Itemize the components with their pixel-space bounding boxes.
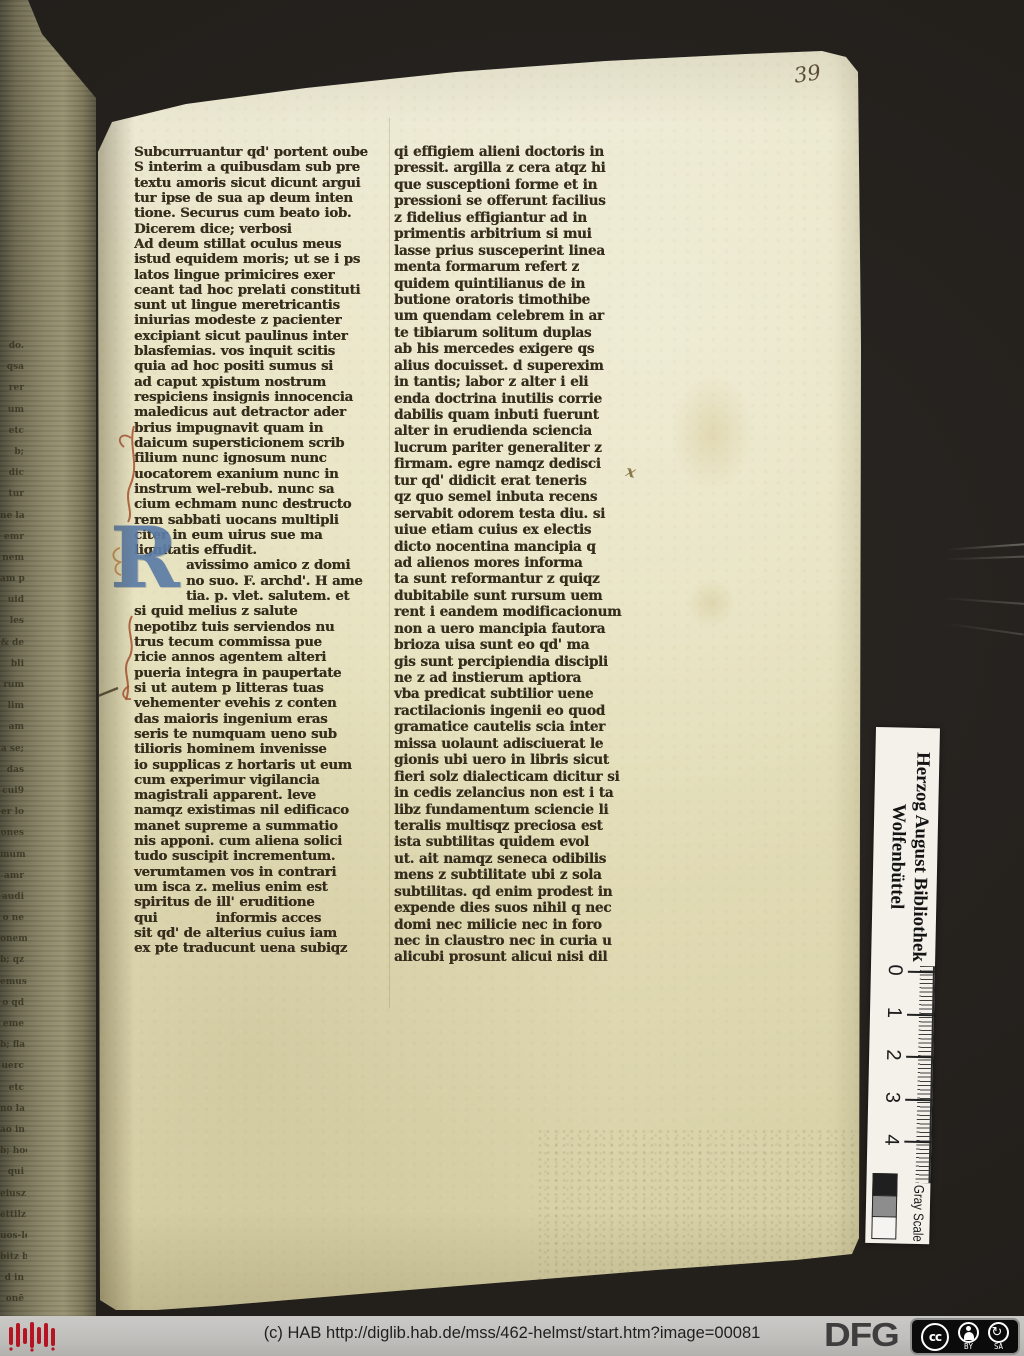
facing-page-text-fragment: dic [0, 463, 27, 484]
manuscript-line: alius docuisset. d superexim [394, 358, 654, 374]
glass-clamp-reflection [946, 543, 1024, 550]
ruler-unit-number: 2 [881, 1049, 904, 1061]
manuscript-line: ista subtilitas quidem evol [394, 834, 654, 850]
ruler-unit-number: 3 [880, 1092, 903, 1104]
facing-page-edge: do. qsa rer um etc b; dic tur ne la emr … [0, 336, 27, 1312]
facing-page-text-fragment: ones [0, 823, 27, 844]
ruler-content: Herzog August Bibliothek Wolfenbüttel 0 … [865, 727, 940, 1244]
parchment-stain [676, 568, 746, 638]
facing-page-text-fragment: qui [0, 1162, 27, 1183]
manuscript-line: sunt ut lingue meretricantis [134, 298, 396, 313]
facing-page-text-fragment: b; [0, 442, 27, 463]
manuscript-line: um isca z. melius enim est [134, 880, 396, 895]
person-body [964, 1332, 974, 1340]
manuscript-line: istud equidem moris; ut se i ps [134, 252, 396, 267]
manuscript-line: in cedis zelancius non est i ta [394, 785, 654, 801]
manuscript-line: vba predicat subtilior uene [394, 686, 654, 702]
facing-page-text-fragment: onem [0, 929, 27, 950]
parchment-follicle-marks [536, 1128, 866, 1298]
manuscript-line: tilioris hominem invenisse [134, 742, 396, 757]
manuscript-line: butione oratoris timothibe [394, 292, 654, 308]
ruler-unit-number: 1 [882, 1007, 905, 1019]
cc-sa-item: ↻ SA [988, 1322, 1009, 1351]
manuscript-line: dubitabile sunt rursum uem [394, 588, 654, 604]
manuscript-line: dabilis quam inbuti fuerunt [394, 407, 654, 423]
facing-page-text-fragment: bli [0, 654, 27, 675]
facing-page-text-fragment: ne la [0, 506, 27, 527]
manuscript-line: io supplicas z hortaris ut eum [134, 758, 396, 773]
manuscript-line: ricie annos agentem alteri [134, 650, 396, 665]
ruler-scale: 0 1 2 3 [868, 970, 934, 1186]
manuscript-line: das maioris ingenium eras [134, 712, 396, 727]
facing-page-text-fragment: emr [0, 527, 27, 548]
manuscript-line: rent i eandem modificacionum [394, 604, 654, 620]
manuscript-line: uocatorem exanium nunc in [134, 467, 396, 482]
manuscript-line: dicto nocentina mancipia q [394, 539, 654, 555]
ruler-unit: 3 [901, 1098, 932, 1141]
facing-page-text-fragment: b; qz [0, 950, 27, 971]
folio-number: 39 [792, 60, 822, 87]
facing-page-text-fragment: do. [0, 336, 27, 357]
facing-page-text-fragment: mum [0, 845, 27, 866]
hab-logo [8, 1319, 62, 1352]
manuscript-line: domi nec milicie nec in foro [394, 917, 654, 933]
manuscript-line: verumtamen vos in contrari [134, 865, 396, 880]
facing-page-text-fragment: les [0, 611, 27, 632]
manuscript-line: excipiant sicut paulinus inter [134, 329, 396, 344]
manuscript-line: teralis multisqz preciosa est [394, 818, 654, 834]
manuscript-line: vehementer evehis z conten [134, 696, 396, 711]
gray-scale-swatch [872, 1195, 897, 1219]
facing-page-text-fragment: rer [0, 378, 27, 399]
manuscript-line: enda doctrina inutilis corrie [394, 391, 654, 407]
manuscript-line: filium nunc ignosum nunc [134, 451, 396, 466]
facing-page-text-fragment: o qd [0, 993, 27, 1014]
facing-page-text-fragment: o ne [0, 908, 27, 929]
manuscript-line: namqz existimas nil edificaco [134, 803, 396, 818]
facing-page-text-fragment: rum [0, 675, 27, 696]
facing-page-text-fragment: emus [0, 972, 27, 993]
facing-page-text-fragment: uos-lo [0, 1226, 27, 1247]
manuscript-line: sit qd' de alterius cuius iam [134, 926, 396, 941]
facing-page-text-fragment: & de [0, 633, 27, 654]
ruler-unit: 2 [902, 1056, 933, 1099]
facing-page-text-fragment: bitz biā [0, 1247, 27, 1268]
facing-page-text-fragment: onē [0, 1289, 27, 1310]
facing-page-text-fragment: tur [0, 484, 27, 505]
ruler-unit-number: 4 [879, 1134, 902, 1146]
facing-page-text-fragment: lim [0, 696, 27, 717]
cc-sa-label: SA [994, 1343, 1003, 1351]
manuscript-line: menta formarum refert z [394, 259, 654, 275]
manuscript-line: missa uolaunt adisciuerat le [394, 736, 654, 752]
manuscript-line: ut. ait namqz seneca odibilis [394, 851, 654, 867]
manuscript-line: manet supreme a summatio [134, 819, 396, 834]
manuscript-line: lucrum pariter generaliter z [394, 440, 654, 456]
manuscript-line: nis apponi. cum aliena solici [134, 834, 396, 849]
gray-scale-label: Gray Scale [910, 1185, 927, 1242]
manuscript-line: ta sunt reformantur z quiqz [394, 571, 654, 587]
manuscript-line: ad caput xpistum nostrum [134, 375, 396, 390]
manuscript-line: gionis ubi uero in libris sicut [394, 752, 654, 768]
color-target-ruler: Herzog August Bibliothek Wolfenbüttel 0 … [865, 727, 940, 1244]
manuscript-line: seris te numquam ueno sub [134, 727, 396, 742]
photo-stage: do. qsa rer um etc b; dic tur ne la emr … [0, 0, 1024, 1356]
cc-license-badge: cc BY ↻ SA [910, 1318, 1020, 1355]
manuscript-line: textu amoris sicut dicunt argui [134, 176, 396, 191]
manuscript-line: latos lingue primicires exer [134, 268, 396, 283]
manuscript-line: quidem quintilianus de in [394, 276, 654, 292]
cc-by-person-icon [958, 1322, 979, 1343]
facing-page-text-fragment: eiusz [0, 1184, 27, 1205]
institution-name: Herzog August Bibliothek [907, 738, 935, 976]
ruler-major-tick [906, 1056, 933, 1059]
dfg-logo: DFG [824, 1316, 899, 1354]
manuscript-line: te tibiarum solitum duplas [394, 325, 654, 341]
ruler-major-tick [905, 1098, 932, 1101]
manuscript-line: qi effigiem alieni doctoris in [394, 144, 654, 160]
manuscript-line: Dicerem dice; verbosi [134, 222, 396, 237]
manuscript-line: firmam. egre namqz dedisci [394, 456, 654, 472]
ruler-unit: 4 [900, 1141, 931, 1184]
manuscript-line: um quendam celebrem in ar [394, 308, 654, 324]
manuscript-line: ad alienos mores informa [394, 555, 654, 571]
manuscript-line: maledicus aut detractor ader [134, 405, 396, 420]
glass-clamp-reflection [942, 597, 1024, 605]
manuscript-line: qz quo semel inbuta recens [394, 489, 654, 505]
manuscript-line: gramatice cautelis scia inter [394, 719, 654, 735]
manuscript-line: in tantis; labor z alter i eli [394, 374, 654, 390]
manuscript-line: tur qd' didicit erat teneris [394, 473, 654, 489]
facing-page-text-fragment: nem [0, 548, 27, 569]
ruler-unit-number: 0 [883, 964, 906, 976]
manuscript-line: mens z subtilitate ubi z sola [394, 867, 654, 883]
manuscript-line: magistrali apparent. leve [134, 788, 396, 803]
facing-page-text-fragment: am p [0, 569, 27, 590]
ruler-unit: 0 [904, 971, 935, 1014]
manuscript-line: Subcurruantur qd' portent oube [134, 145, 396, 160]
facing-page-text-fragment: er lo [0, 802, 27, 823]
manuscript-line: libz fundamentum sciencie li [394, 802, 654, 818]
circular-arrow-icon: ↻ [992, 1325, 1003, 1340]
parchment-stain [652, 348, 772, 518]
footer-bar: (c) HAB http://diglib.hab.de/mss/462-hel… [0, 1316, 1024, 1356]
facing-page-text-fragment: amr [0, 866, 27, 887]
facing-page-text-fragment: am [0, 717, 27, 738]
facing-page-text-fragment: qsa [0, 357, 27, 378]
facing-page-text-fragment: ao in [0, 1120, 27, 1141]
manuscript-line: cum experimur vigilancia [134, 773, 396, 788]
institution-block: Herzog August Bibliothek Wolfenbüttel [884, 737, 935, 976]
manuscript-line: S interim a quibusdam sub pre [134, 160, 396, 175]
glass-clamp-reflection [944, 622, 1023, 635]
cc-by-label: BY [964, 1343, 973, 1351]
facing-page-text-fragment: uerc [0, 1056, 27, 1077]
manuscript-line: alicubi prosunt alicui nisi dil [394, 949, 654, 965]
manuscript-line: non a uero mancipia fautora [394, 621, 654, 637]
gray-scale-swatches [871, 1173, 897, 1238]
facing-page-text-fragment: eme [0, 1014, 27, 1035]
manuscript-line: primentis arbitrium si mui [394, 226, 654, 242]
facing-page-text-fragment: etc [0, 421, 27, 442]
cc-icon-label: cc [929, 1330, 941, 1344]
manuscript-line: ne z ad instierum aptiora [394, 670, 654, 686]
manuscript-line: z fidelius effigiantur ad in [394, 210, 654, 226]
cc-sa-arrow-icon: ↻ [988, 1322, 1009, 1343]
facing-page-text-fragment: um [0, 400, 27, 421]
ruler-major-tick [908, 971, 935, 974]
manuscript-line: alter in erudienda sciencia [394, 423, 654, 439]
ruler-major-tick [907, 1013, 934, 1016]
manuscript-line: pressioni se offerunt facilius [394, 193, 654, 209]
manuscript-line: ceant tad hoc prelati constituti [134, 283, 396, 298]
text-column-2: qi effigiem alieni doctoris in pressit. … [394, 144, 654, 966]
facing-page-text-fragment: cui9 [0, 781, 27, 802]
person-head [966, 1326, 971, 1331]
manuscript-line: ex pte traducunt uena subiqz [134, 941, 396, 956]
manuscript-line: respiciens insignis innocencia [134, 390, 396, 405]
manuscript-line: ractilacionis ingenii eo quod [394, 703, 654, 719]
facing-page-text-fragment: audi [0, 887, 27, 908]
manuscript-line: trus tecum commissa pue [134, 635, 396, 650]
manuscript-line: quia ad hoc positi sumus si [134, 359, 396, 374]
manuscript-line: tur ipse de sua ap deum inten [134, 191, 396, 206]
manuscript-page: 39 Subcurruantur qd' portent oube S inte… [96, 48, 862, 1312]
manuscript-line: que susceptioni forme et in [394, 177, 654, 193]
cc-icon: cc [921, 1323, 949, 1351]
illuminated-initial: R [110, 516, 180, 600]
facing-page-text-fragment: ettilz [0, 1205, 27, 1226]
facing-page-text-fragment: etc [0, 1078, 27, 1099]
manuscript-line: tione. Securus cum beato iob. [134, 206, 396, 221]
manuscript-line: brioza uisa sunt eo qd' ma [394, 637, 654, 653]
facing-page-text-fragment: d in [0, 1268, 27, 1289]
ruler-unit: 1 [903, 1013, 934, 1056]
manuscript-line: pressit. argilla z cera atqz hi [394, 160, 654, 176]
manuscript-line: brius impugnavit quam in [134, 421, 396, 436]
manuscript-line: ab his mercedes exigere qs [394, 341, 654, 357]
manuscript-line: tudo suscipit incrementum. [134, 849, 396, 864]
cc-by-item: BY [958, 1322, 979, 1351]
manuscript-line: uiue etiam cuius ex electis [394, 522, 654, 538]
manuscript-line: expende dies suos nihil q nec [394, 900, 654, 916]
manuscript-line: instrum wel-rebub. nunc sa [134, 482, 396, 497]
manuscript-line: nec in claustro nec in curia u [394, 933, 654, 949]
manuscript-line: daicum supersticionem scrib [134, 436, 396, 451]
manuscript-line: subtilitas. qd enim prodest in [394, 884, 654, 900]
facing-page-text-fragment: uid [0, 590, 27, 611]
manuscript-line: spiritus de ill' eruditione [134, 895, 396, 910]
manuscript-line: pueria integra in paupertate [134, 666, 396, 681]
gray-scale-swatch [872, 1173, 897, 1197]
manuscript-line: qui informis acces [134, 911, 396, 926]
manuscript-line: iniurias modeste z pacienter [134, 313, 396, 328]
manuscript-line: blasfemias. vos inquit scitis [134, 344, 396, 359]
facing-page-text-fragment: no la [0, 1099, 27, 1120]
manuscript-line: Ad deum stillat oculus meus [134, 237, 396, 252]
manuscript-line: si ut autem p litteras tuas [134, 681, 396, 696]
facing-page-text-fragment: a se; [0, 739, 27, 760]
manuscript-line: nepotibz tuis serviendos nu [134, 620, 396, 635]
facing-page-text-fragment: b; hoc [0, 1141, 27, 1162]
ruler-major-tick [904, 1141, 931, 1144]
manuscript-line: lasse prius susceperint linea [394, 243, 654, 259]
glass-clamp-reflection [944, 556, 1024, 561]
facing-page-text-fragment: das [0, 760, 27, 781]
copyright-line: (c) HAB http://diglib.hab.de/mss/462-hel… [264, 1324, 761, 1343]
gray-scale-swatch [871, 1216, 896, 1240]
facing-page-text-fragment: b; fla [0, 1035, 27, 1056]
manuscript-line: gis sunt percipiendia discipli [394, 654, 654, 670]
manuscript-line: servabit odorem testa diu. si [394, 506, 654, 522]
manuscript-line: fieri solz dialecticam dicitur si [394, 769, 654, 785]
